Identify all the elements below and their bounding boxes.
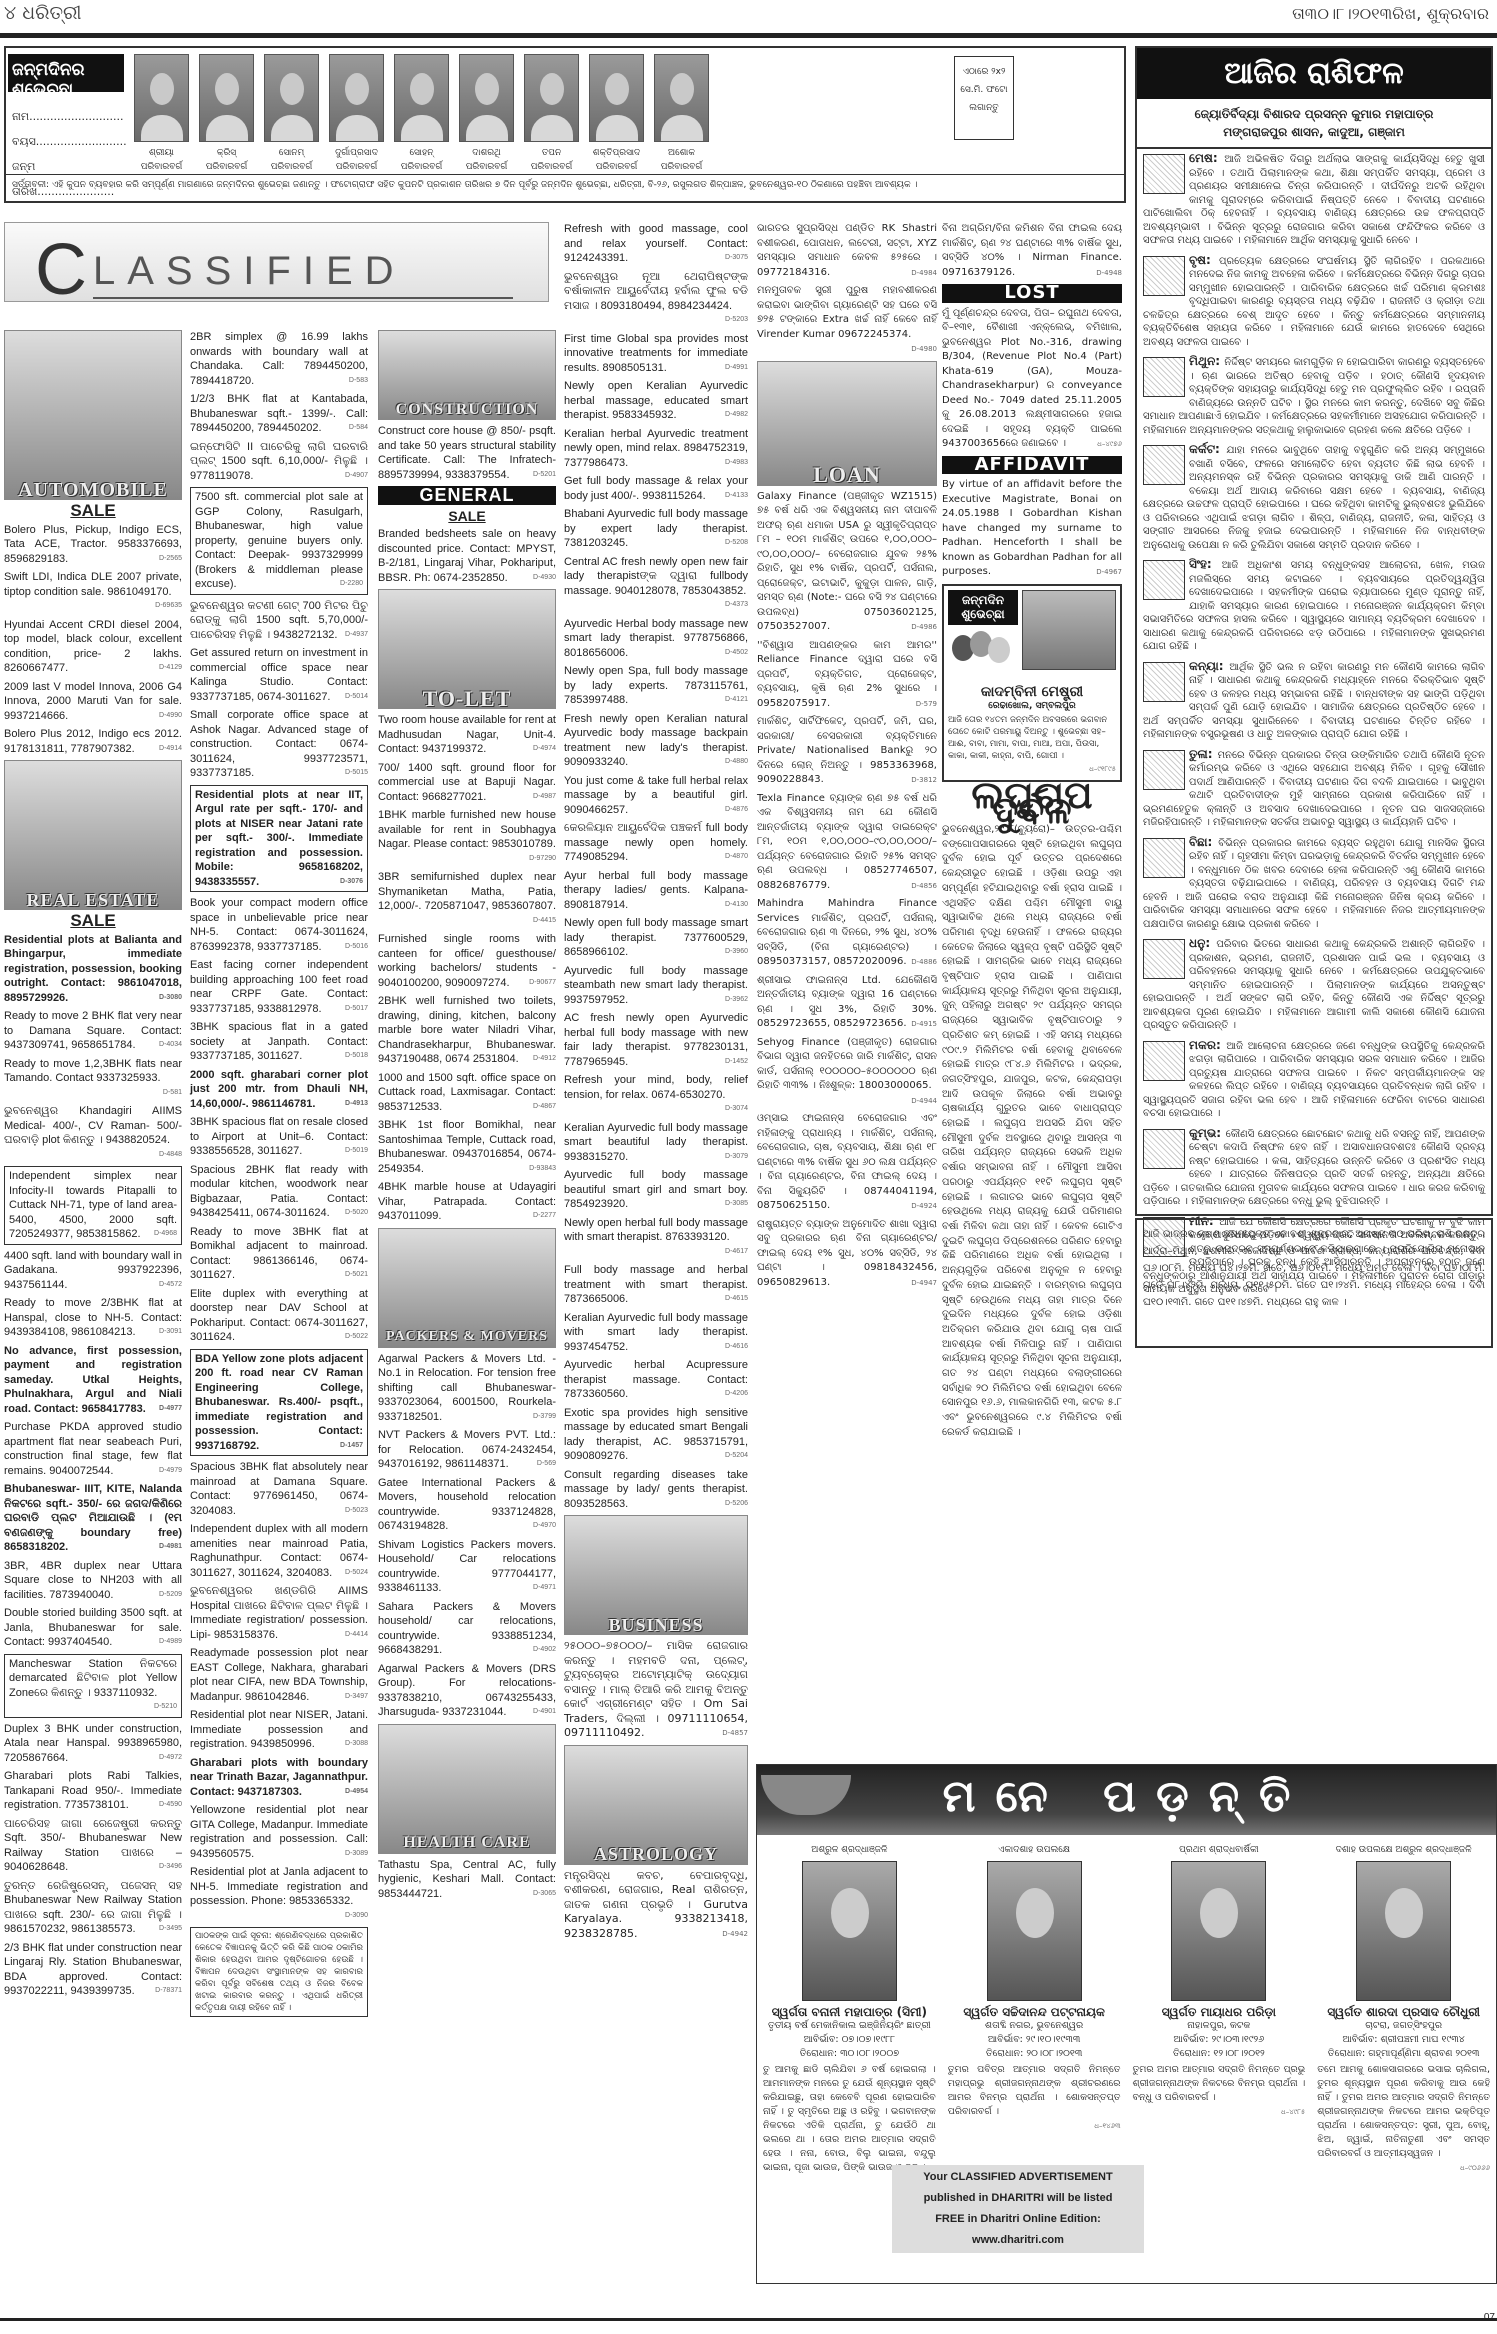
obituary-person: ପ୍ରଥମ ଶ୍ରାଦ୍ଧବାର୍ଷିକୀସ୍ୱର୍ଗତ ମାୟାଧର ପରିଡ… (1127, 1835, 1312, 2193)
ad-code: D-4974 (533, 742, 556, 757)
ad-text: ଭୁବନେଶ୍ୱର କଟଣୀ ଗେଟ୍ 700 ମିଟର ପିଚୁ ରୋଡ୍‌କ… (190, 600, 368, 641)
classified-ad: Small corporate office space at Ashok Na… (190, 708, 368, 781)
ad-code: D-581 (163, 1086, 182, 1101)
wish-message: ଆଜି ତୋର ୧୪ତମ ଜନ୍ମଦିନ ଅବସରରେ ଭଗବାନ ତୋତେ କ… (948, 714, 1116, 762)
ad-text: ଇନ୍‌ଫୋସିଟି II ପାଚେରିକୁ ଲାଗି ଘରବାରି ପ୍ଲଟ୍… (190, 441, 368, 482)
ad-code: D-4971 (533, 1581, 556, 1596)
online-edition-promo: Your CLASSIFIED ADVERTISEMENT published … (892, 2165, 1144, 2253)
ad-text: 3BR, 4BR duplex near Uttara Square close… (4, 1560, 182, 1601)
ad-text: Agarwal Packers & Movers (DRS Group). Fo… (378, 1663, 556, 1719)
photo-placeholder: ଏଠାରେ ୨x୨ ସେ.ମି. ଫଟୋ ଲଗାନ୍ତୁ (954, 56, 1014, 140)
balloons-icon (948, 631, 1018, 681)
ad-code: D-5015 (345, 766, 368, 781)
ad-code: D-4981 (159, 1540, 182, 1555)
ad-text: Yellowzone residential plot near GITA Co… (190, 1804, 368, 1860)
zodiac-sign: କୁମ୍ଭ: କୌଣସି କ୍ଷେତ୍ରରେ ଛୋଟଛୋଟ କଥାକୁ ଧରି … (1137, 1124, 1491, 1212)
zodiac-text: ପରିବାର ଭିତରେ ସାଧାରଣ କଥାକୁ କେନ୍ଦ୍ରକରି ଅଶା… (1143, 939, 1485, 1031)
ad-text: ମନ୍ତ୍ରସିଦ୍ଧ କବଚ, ବେପାରବୃଦ୍ଧି, ବଶୀକରଣ, ରୋ… (564, 1869, 748, 1940)
ad-code: D-4942 (722, 1927, 748, 1942)
child-photo (394, 54, 449, 142)
classified-ad: Ayurvedic Herbal body massage new smart … (564, 617, 748, 661)
ad-code: D-5209 (159, 1588, 182, 1603)
zodiac-text: ଯାହା ମନରେ ଭାବୁଥିବେ ତାହାକୁ ବହୁଗୁଣିତ କରି ଅ… (1143, 445, 1485, 551)
child-first-name: ଶକ୍ତିପ୍ରସାଦ (589, 146, 644, 160)
footer-rule (0, 2318, 1497, 2321)
promo-url-link[interactable]: www.dharitri.com (892, 2230, 1144, 2251)
zodiac-text: କୌଣସି କ୍ଷେତ୍ରରେ ଛୋଟଛୋଟ କଥାକୁ ଧରି ବସନ୍ତୁ … (1143, 1129, 1485, 1208)
child-photo (134, 54, 189, 142)
ad-code: D-4876 (725, 803, 748, 818)
ad-code: D-3960 (725, 945, 748, 960)
ad-text: Duplex 3 BHK under construction, Atala n… (4, 1723, 182, 1764)
classified-ad: ଭୁବନେଶ୍ୱର Khandagiri AIIMS Medical- 400/… (4, 1104, 182, 1162)
classified-ad: Mancheswar Station ନିକଟରେ demarcated ଛିଟ… (4, 1654, 182, 1718)
classified-ad: ମୁଁ ପୂର୍ଣ୍ଣଚନ୍ଦ୍ର ଦେବତା, ପିତା– ରଘୁନାଥ ଦେ… (942, 307, 1122, 452)
ad-text: Newly open herbal full body massage with… (564, 1217, 748, 1244)
classified-ad: Full body massage and herbal treatment w… (564, 1263, 748, 1307)
ad-text: Purchase PKDA approved studio apartment … (4, 1421, 182, 1477)
ad-text: Two room house available for rent at Mad… (378, 714, 556, 755)
ad-code: D-69635 (155, 599, 182, 614)
ad-text: East facing corner independent building … (190, 959, 368, 1015)
classified-ad: Book your compact modern office space in… (190, 896, 368, 954)
child-first-name: ଦାଶରଥି (459, 146, 514, 160)
obituary-persons: ଅଶ୍ରୁଳ ଶ୍ରଦ୍ଧାଞ୍ଜଳିସ୍ୱର୍ଗତା ବନାନୀ ମହାପାତ… (757, 1835, 1496, 2193)
ad-code: D-4617 (725, 1245, 748, 1260)
ad-code: D-5016 (345, 940, 368, 955)
child-family: ପରିବାରବର୍ଗ (654, 160, 709, 174)
zodiac-name: ତୁଳା: (1189, 747, 1218, 761)
horoscope-title: ଆଜିର ରାଶିଫଳ (1137, 48, 1491, 99)
child-family: ପରିବାରବର୍ଗ (524, 160, 579, 174)
ad-text: Gharabari plots Rabi Talkies, Tankapani … (4, 1770, 182, 1811)
obituary-photo (1356, 1861, 1451, 2001)
business-ads: ୨୫୦୦୦–୭୫୦୦୦/– ମାସିକ ରୋଜଗାର କରନ୍ତୁ । ମହମବ… (564, 1639, 748, 1741)
classified-ad: 3BR, 4BR duplex near Uttara Square close… (4, 1559, 182, 1603)
to-let-label: TO-LET (379, 692, 555, 707)
ad-text: Keralian Ayurvedic full body massage sma… (564, 1122, 748, 1163)
ad-text: Elite duplex with everything at doorstep… (190, 1288, 368, 1344)
classified-ad: Texla Finance ବ୍ୟାଙ୍କ ଋଣ ୭୫ ବର୍ଷ ଧରି ଏକ … (757, 792, 937, 894)
birthday-coupon: ଜନ୍ମଦିନର ଶୁଭେଚ୍ଛା ନାମ...................… (4, 46, 1126, 203)
zodiac-name: କର୍କଟ: (1189, 442, 1226, 456)
ad-text: No advance, first possession, payment an… (4, 1345, 182, 1415)
ad-code: D-4989 (159, 1635, 182, 1650)
child-name: ସୋହନ୍ପରିବାରବର୍ଗ (394, 146, 449, 174)
ad-code: D-4944 (911, 1094, 937, 1109)
classified-ad: Residential plots at Balianta and Bhinga… (4, 933, 182, 1006)
ad-code: D-4590 (159, 1798, 182, 1813)
classified-ad: 1000 and 1500 sqft. office space on Cutt… (378, 1071, 556, 1115)
ad-code: ଧ–୪୯୭୬ (1097, 437, 1122, 452)
child-family: ପରିବାରବର୍ଗ (394, 160, 449, 174)
ad-code: D-584 (349, 421, 368, 436)
classified-ad: 700/ 1400 sqft. ground floor for commerc… (378, 761, 556, 805)
obituary-occasion: ଏକାଦଶାହ ଉପଲକ୍ଷେ (948, 1843, 1121, 1857)
obituary-name: ସ୍ୱର୍ଗତ ଶାରଦା ପ୍ରସାଦ ଚୌଧୁରୀ (1317, 2005, 1490, 2019)
classified-ad: 3BHK 1st floor Bomikhal, near Santoshima… (378, 1118, 556, 1176)
zodiac-sign: ମିଥୁନ: ନିର୍ଦ୍ଦିଷ୍ଟ ସମୟରେ କାମଗୁଡ଼ିକ ନ ହୋଇ… (1137, 352, 1491, 440)
zodiac-name: ବୃଷ: (1189, 253, 1219, 267)
ad-text: Texla Finance ବ୍ୟାଙ୍କ ଋଣ ୭୫ ବର୍ଷ ଧରି ଏକ … (757, 793, 937, 891)
zodiac-name: ମକର: (1189, 1038, 1226, 1052)
obituary-person: ଦଶାହ ଉପଲକ୍ଷେ ଅଶ୍ରୁଳ ଶ୍ରଦ୍ଧାଞ୍ଜଳିସ୍ୱର୍ଗତ … (1311, 1835, 1496, 2193)
classified-ad: 2000 sqft. gharabari corner plot just 20… (190, 1068, 368, 1112)
ad-text: Swift LDI, Indica DLE 2007 private, tipt… (4, 571, 182, 598)
ad-code: D-4907 (345, 469, 368, 484)
obituary-person: ଏକାଦଶାହ ଉପଲକ୍ଷେସ୍ୱର୍ଗତ ସଚ୍ଚିଦାନନ୍ଦ ପଟ୍ଟନ… (942, 1835, 1127, 2193)
ad-code: D-3091 (159, 1325, 182, 1340)
zodiac-sign: କର୍କଟ: ଯାହା ମନରେ ଭାବୁଥିବେ ତାହାକୁ ବହୁଗୁଣି… (1137, 440, 1491, 555)
obituary-occasion: ଅଶ୍ରୁଳ ଶ୍ରଦ୍ଧାଞ୍ଜଳି (763, 1843, 936, 1857)
page-number: 07 (1484, 2312, 1495, 2323)
ad-text: Residential plots at Balianta and Bhinga… (4, 934, 182, 1004)
ad-text: First time Global spa provides most inno… (564, 333, 748, 374)
ad-text: Gharabari plots with boundary near Trina… (190, 1757, 368, 1798)
ad-code: D-4206 (725, 1387, 748, 1402)
ad-text: Fresh newly open Keralian natural Ayurve… (564, 713, 748, 769)
child-name: ଅଶୋକପରିବାରବର୍ଗ (654, 146, 709, 174)
classified-ad: Bolero Plus 2012, Indigo ecs 2012. 91781… (4, 727, 182, 756)
classified-ad: Double storied building 3500 sqft. at Ja… (4, 1606, 182, 1650)
child-family: ପରିବାରବର୍ଗ (264, 160, 319, 174)
classified-ad: Ready to move 3BHK flat at Bomikhal adja… (190, 1225, 368, 1283)
classified-ad: Residential plot near NISER, Jatani. Imm… (190, 1708, 368, 1752)
automobile-ads: Bolero Plus, Pickup, Indigo ECS, Tata AC… (4, 523, 182, 757)
astrology-label: ASTROLOGY (565, 1847, 747, 1862)
ad-code: D-5201 (533, 468, 556, 483)
classified-ad: Galaxy Finance (ପଞ୍ଜୀକୃତ WZ1515) ୭୫ ବର୍ଷ… (757, 490, 937, 635)
zodiac-text: ଆର୍ଥିକ ସ୍ଥିତି ଭଲ ନ ରହିବା କାରଣରୁ ମନ କୌଣସି… (1143, 662, 1485, 741)
page-header: ୪ ଧରିତ୍ରୀ ତା୩୦।୮।୨୦୧୩ରିଖ, ଶୁକ୍ରବାର (0, 0, 1497, 40)
child-first-name: ଦୁର୍ଗାପ୍ରସାଦ (329, 146, 384, 160)
child-name: କ୍ରିସ୍ପରିବାରବର୍ଗ (199, 146, 254, 174)
news-headline: ଲଘୁଚାପ ଦୁର୍ବଳ (942, 788, 1122, 817)
obituary-text: ତୁ ଆମକୁ ଛାଡି ଚାଲିଯିବା ୬ ବର୍ଷ ହୋଇଗଲା । ଆମ… (763, 2063, 936, 2175)
zodiac-icon (1143, 1129, 1185, 1169)
ad-text: Book your compact modern office space in… (190, 897, 368, 953)
classified-ad: Tathastu Spa, Central AC, fully hygienic… (378, 1858, 556, 1902)
obituary-died: ତିରୋଧାନ: ଗହ୍ମାପୂର୍ଣ୍ଣିମା ଶ୍ରାବଣ ୨୦୧୩ (1317, 2047, 1490, 2061)
zodiac-sign: ବିଛା: ବିଭିନ୍ନ ପ୍ରକାରର କାମରେ ବ୍ୟସ୍ତ ରହୁଥି… (1137, 833, 1491, 935)
real-estate-image: REAL ESTATE (4, 760, 182, 910)
classified-ad: No advance, first possession, payment an… (4, 1344, 182, 1417)
obituary-photo (802, 1861, 897, 2001)
ad-code: D-3074 (725, 1102, 748, 1117)
zodiac-text: ମନରେ ବିଭିନ୍ନ ପ୍ରକାରର ଚିନ୍ତା ଉଙ୍କିମାରିବ ତ… (1143, 750, 1485, 829)
ad-text: 3BR semifurnished duplex near Shymaniket… (378, 871, 556, 912)
ad-code: D-4414 (345, 1628, 368, 1643)
massage-ads: Refresh with good massage, cool and rela… (564, 222, 748, 1511)
classified-ad: Ready to move 1,2,3BHK flats near Tamand… (4, 1057, 182, 1101)
finance-ad: ବିନା ଅଗ୍ରିମ/ବିନା କମିଶନ ବିନା ଫାଇଲ ଦେୟ ମାର… (942, 222, 1122, 280)
zodiac-name: ମିଥୁନ: (1189, 354, 1224, 368)
astro-finance-ads: ଭାରତର ସୁପ୍ରସିଦ୍ଧ ପଣ୍ଡିତ RK Shastri ବଶୀକର… (757, 222, 937, 357)
classified-ad: Get full body massage & relax your body … (564, 474, 748, 503)
ad-code: D-3496 (159, 1860, 182, 1875)
ad-text: BDA Yellow zone plots adjacent 200 ft. r… (195, 1353, 363, 1452)
ad-text: Hyundai Accent CRDI diesel 2004, top mod… (4, 619, 182, 675)
ad-code: D-2277 (533, 1209, 556, 1224)
affidavit-heading: AFFIDAVIT (942, 456, 1122, 475)
classified-ad: Independent simplex near Infocity-II tow… (4, 1166, 182, 1245)
ad-code: D-4984 (911, 266, 937, 281)
general-ads: Branded bedsheets sale on heavy discount… (378, 527, 556, 585)
classified-ad: Ayurvedic herbal Acupressure therapist m… (564, 1358, 748, 1402)
ad-text: Mahindra Mahindra Finance Services ମାର୍କ… (757, 898, 937, 967)
ad-text: ତୁରନ୍ତ ରେଜିଷ୍ଟ୍ରେସନ୍, ପଜେସନ୍ ସହ Bhubanes… (4, 1880, 182, 1936)
ad-code: D-569 (537, 1457, 556, 1472)
ad-code: D-5014 (345, 690, 368, 705)
zodiac-icon (1143, 939, 1185, 979)
classified-ad: Hyundai Accent CRDI diesel 2004, top mod… (4, 618, 182, 676)
ad-code: D-3090 (345, 1909, 368, 1924)
classified-ad: 2/3 BHK flat under construction near Lin… (4, 1941, 182, 1999)
classified-ad: Ready to move 2 BHK flat very near to Da… (4, 1009, 182, 1053)
classified-ad: Sahara Packers & Movers household/ car r… (378, 1600, 556, 1658)
ad-text: Refresh with good massage, cool and rela… (564, 223, 748, 264)
ad-text: Residential plot at Janla adjacent to NH… (190, 1866, 368, 1907)
ad-text: Get full body massage & relax your body … (564, 475, 748, 502)
ad-text: Bolero Plus, Pickup, Indigo ECS, Tata AC… (4, 524, 182, 565)
ad-code: D-4616 (725, 1340, 748, 1355)
ad-code: D-78371 (155, 1984, 182, 1999)
classified-ad: Gatee International Packers & Movers, ho… (378, 1476, 556, 1534)
ad-text: ଭୁବନେଶ୍ୱର ନୂଆ ଥେରାପିଷ୍ଟଙ୍କ ବର୍ଷାକାଳୀନ ଆୟ… (564, 271, 748, 312)
birthday-child: ତପନପରିବାରବର୍ଗ (524, 54, 579, 174)
ad-text: 4400 sqft. land with boundary wall in Ga… (4, 1250, 182, 1291)
obituary-died: ତିରୋଧାନ: ୧୨।୦୮।୨୦୧୨ (1133, 2047, 1306, 2061)
classified-ad: ଓମ୍‌ସାଇ ଫାଇନାନ୍ସ ବେରୋଜଗାର ଏବଂ ମହିଳାଙ୍କୁ … (757, 1112, 937, 1214)
oil-lamp-icon (761, 1775, 851, 1815)
ad-code: D-4980 (911, 342, 937, 357)
classified-ad: 3BHK spacious flat on resale closed to A… (190, 1115, 368, 1159)
classified-ad: Bolero Plus, Pickup, Indigo ECS, Tata AC… (4, 523, 182, 567)
classified-ad: 4400 sqft. land with boundary wall in Ga… (4, 1249, 182, 1293)
ad-text: Ready to move 1,2,3BHK flats near Tamand… (4, 1058, 182, 1085)
ad-code: D-2565 (159, 552, 182, 567)
promo-line-2: published in DHARITRI will be listed (892, 2188, 1144, 2209)
classified-ad: Readymade possession plot near EAST Coll… (190, 1646, 368, 1704)
construction-image: CONSTRUCTION (378, 330, 556, 420)
classified-ad: Bhubaneswar- IIIT, KITE, Nalanda ନିକଟରେ … (4, 1482, 182, 1555)
health-care-image: HEALTH CARE (378, 1724, 556, 1854)
ad-code: D-5210 (154, 1700, 177, 1715)
ad-code: D-3962 (725, 993, 748, 1008)
ad-text: ୨୫୦୦୦–୭୫୦୦୦/– ମାସିକ ରୋଜଗାର କରନ୍ତୁ । ମହମବ… (564, 1639, 748, 1739)
news-body: ଭୁବନେଶ୍ୱର,୨୯।୮(ବ୍ୟୁରୋ)– ଉତ୍ତର-ପଶ୍ଚିମ ବଙ୍… (942, 823, 1122, 1441)
ad-code: D-97290 (529, 852, 556, 867)
ad-code: D-4502 (725, 646, 748, 661)
ad-text: 1/2/3 BHK flat at Kantabada, Bhubaneswar… (190, 393, 368, 434)
classified-ad: Spacious 3BHK flat absolutely near mainr… (190, 1460, 368, 1518)
classified-ad: Gharabari plots with boundary near Trina… (190, 1756, 368, 1800)
loan-image: LOAN (757, 361, 937, 486)
ad-code: D-5021 (345, 1268, 368, 1283)
classified-ad: NVT Packers & Movers PVT. Ltd.: for Relo… (378, 1428, 556, 1472)
child-first-name: କ୍ରିସ୍ (199, 146, 254, 160)
classified-ad: ମନ୍ତ୍ରସିଦ୍ଧ କବଚ, ବେପାରବୃଦ୍ଧି, ବଶୀକରଣ, ରୋ… (564, 1869, 748, 1942)
panchang: ଆଜି ଭାଦ୍ରବ କୃଷ୍ଣ ଦଶମୀଯୁକ୍ତ ଏକାଦଶୀ ଶୁକ୍ରବ… (1135, 1218, 1493, 1348)
birthday-child: ସୋନମ୍ପରିବାରବର୍ଗ (264, 54, 319, 174)
ad-code: D-4880 (725, 755, 748, 770)
classified-ad: Branded bedsheets sale on heavy discount… (378, 527, 556, 585)
lost-ads: ମୁଁ ପୂର୍ଣ୍ଣଚନ୍ଦ୍ର ଦେବତା, ପିତା– ରଘୁନାଥ ଦେ… (942, 307, 1122, 452)
wish-name: କାଦମ୍ବିନୀ ମେଷ୍ଟ୍ରୀ (948, 685, 1116, 700)
obituary-section: ମନେ ପଡ଼ନ୍ତି ଅଶ୍ରୁଳ ଶ୍ରଦ୍ଧାଞ୍ଜଳିସ୍ୱର୍ଗତା … (756, 1764, 1497, 2284)
obituary-name: ସ୍ୱର୍ଗତ ସଚ୍ଚିଦାନନ୍ଦ ପଟ୍ଟନାୟକ (948, 2005, 1121, 2019)
child-first-name: ସୋହନ୍ (394, 146, 449, 160)
classified-ad: Residential plot at Janla adjacent to NH… (190, 1865, 368, 1923)
ad-text: ଓମ୍‌ସାଇ ଫାଇନାନ୍ସ ବେରୋଜଗାର ଏବଂ ମହିଳାଙ୍କୁ … (757, 1113, 937, 1211)
ad-text: Ready to move 2 BHK flat very near to Da… (4, 1010, 182, 1051)
ad-code: D-3080 (159, 991, 182, 1006)
reader-notice: ପାଠକଙ୍କ ପାଇଁ ସୂଚନା: ଶ୍ରେଣିବଦ୍ଧରେ ପ୍ରକାଶି… (190, 1927, 368, 2017)
ad-code: D-1452 (725, 1055, 748, 1070)
classified-ad: ଭାରତର ସୁପ୍ରସିଦ୍ଧ ପଣ୍ଡିତ RK Shastri ବଶୀକର… (757, 222, 937, 280)
ad-code: D-4857 (722, 1726, 748, 1741)
obituary-text: ତୁମର ପବିତ୍ର ଆତ୍ମାର ସଦ୍‌ଗତି ନିମନ୍ତେ ମହାପ୍… (948, 2063, 1121, 2119)
ad-text: Double storied building 3500 sqft. at Ja… (4, 1607, 182, 1648)
ad-code: D-5203 (725, 313, 748, 328)
classified-ad: Ayurvedic full body massage steambath ne… (564, 964, 748, 1008)
column-property: 2BR simplex @ 16.99 lakhs onwards with b… (190, 330, 368, 2021)
child-photo (589, 54, 644, 142)
ad-code: D-4914 (159, 742, 182, 757)
classified-ad: Mahindra Mahindra Finance Services ମାର୍କ… (757, 897, 937, 970)
ad-text: Ayur herbal full body massage therapy la… (564, 870, 748, 911)
classified-ad: Spacious 2BHK flat ready with modular ki… (190, 1163, 368, 1221)
classified-ad: କେରଳିୟାନ ଆୟୁର୍ବେଦିକ ପଞ୍ଚକର୍ମ full body m… (564, 821, 748, 865)
classified-ad: Fresh newly open Keralian natural Ayurve… (564, 712, 748, 770)
classified-ad: Swift LDI, Indica DLE 2007 private, tipt… (4, 570, 182, 614)
classified-ad: ପାଚେରିସହ ଜାଗା ରେଜେଷ୍ଟ୍ରୀ କରନ୍ତୁ Sqft. 35… (4, 1817, 182, 1875)
child-first-name: ତପନ (524, 146, 579, 160)
ad-code: D-5206 (725, 1497, 748, 1512)
ad-code: D-3075 (725, 251, 748, 266)
ad-code: D-4986 (911, 620, 937, 635)
child-family: ପରିବାରବର୍ଗ (134, 160, 189, 174)
ad-code: D-5018 (345, 1049, 368, 1064)
child-photo (654, 54, 709, 142)
ad-code: D-4867 (533, 1100, 556, 1115)
banner-underline (93, 297, 513, 299)
child-family: ପରିବାରବର୍ଗ (199, 160, 254, 174)
classified-ad: Construct core house @ 850/- psqft. and … (378, 424, 556, 482)
ad-text: Central AC fresh newly open new fair lad… (564, 556, 748, 597)
classified-ad: ରାଷ୍ଟ୍ରାୟତ୍ତ ବ୍ୟାଙ୍କ ଅନୁମୋଦିତ ଶାଖା ଦ୍ୱାର… (757, 1218, 937, 1291)
zodiac-text: ନିର୍ଦ୍ଦିଷ୍ଟ ସମୟରେ କାମଗୁଡ଼ିକ ନ ହୋଇପାରିବା … (1143, 357, 1485, 436)
obituary-photo (1171, 1861, 1266, 2001)
wish-photo (1022, 590, 1116, 670)
ad-text: Ayurvedic full body massage steambath ne… (564, 965, 748, 1006)
obituary-place: ନାହାଳପୁର, କଟକ (1133, 2019, 1306, 2033)
packers-label: PACKERS & MOVERS (379, 1330, 555, 1345)
astrology-ads: ମନ୍ତ୍ରସିଦ୍ଧ କବଚ, ବେପାରବୃଦ୍ଧି, ବଶୀକରଣ, ରୋ… (564, 1869, 748, 1942)
classified-ad: ଭୁବନେଶ୍ୱର କଟଣୀ ଗେଟ୍ 700 ମିଟର ପିଚୁ ରୋଡ୍‌କ… (190, 599, 368, 643)
classified-ad: ଭୁବନେଶ୍ୱର ନୂଆ ଥେରାପିଷ୍ଟଙ୍କ ବର୍ଷାକାଳୀନ ଆୟ… (564, 270, 748, 328)
ad-code: D-4947 (911, 1276, 937, 1291)
obituary-died: ତିରୋଧାନ: ୩୦।୦୮।୨୦୦୭ (763, 2047, 936, 2061)
birthday-photos: ଶ୍ରୀୟାପରିବାରବର୍ଗକ୍ରିସ୍ପରିବାରବର୍ଗସୋନମ୍ପରି… (134, 54, 709, 174)
obituary-place: ଚାଟରା, ଜଗତ୍‌ସିଂହପୁର (1317, 2019, 1490, 2033)
child-family: ପରିବାରବର୍ଗ (329, 160, 384, 174)
ad-code: D-4937 (345, 628, 368, 643)
ad-text: Refresh your mind, body, relief tension,… (564, 1074, 748, 1101)
classified-ad: You just come & take full herbal relax m… (564, 774, 748, 818)
ad-text: ମାର୍କଶିଟ୍, ସାର୍ଟିଫିକେଟ୍, ପ୍ରପର୍ଟି, ଜମି, … (757, 716, 937, 785)
ad-code: D-3497 (345, 1690, 368, 1705)
ad-text: 700/ 1400 sqft. ground floor for commerc… (378, 762, 556, 803)
zodiac-sign: ମକର: ଆଜି ଆଲୋଚନା କ୍ଷେତ୍ରରେ ଜଣେ ବନ୍ଧୁଙ୍କ ଉ… (1137, 1036, 1491, 1124)
obituary-code: ଧ–୯୦୬୬୬ (1460, 2161, 1490, 2175)
child-name: ଶ୍ରୀୟାପରିବାରବର୍ଗ (134, 146, 189, 174)
classified-ad: Refresh your mind, body, relief tension,… (564, 1073, 748, 1117)
zodiac-name: ମେଷ: (1189, 151, 1224, 165)
ad-text: Newly open Keralian Ayurvedic herbal mas… (564, 380, 748, 421)
ad-text: 2009 last V model Innova, 2006 G4 Innova… (4, 681, 182, 722)
child-name: ଦାଶରଥିପରିବାରବର୍ଗ (459, 146, 514, 174)
classified-ad: 1/2/3 BHK flat at Kantabada, Bhubaneswar… (190, 392, 368, 436)
ad-code: D-583 (349, 374, 368, 389)
classified-ad: Independent duplex with all modern ameni… (190, 1522, 368, 1580)
horoscope-section: ଆଜିର ରାଶିଫଳ ଜ୍ୟୋତିର୍ବିଦ୍ୟା ବିଶାରଦ ପ୍ରସନ୍… (1135, 46, 1493, 1216)
ad-code: D-4970 (533, 1519, 556, 1534)
ad-text: Newly open full body massage smart lady … (564, 917, 748, 958)
form-name-field: ନାମ........................... (12, 104, 124, 129)
classified-ad: Shivam Logistics Packers movers. Househo… (378, 1538, 556, 1596)
classified-ad: 3BR semifurnished duplex near Shymaniket… (378, 870, 556, 928)
classified-ad: ମନମୁତାବକ ସ୍ତ୍ରୀ ପୁରୁଷ ମହାବଶୀକରଣ କରାଇବା ଭ… (757, 284, 937, 357)
ad-code: D-4967 (1096, 565, 1122, 580)
ad-code: D-5023 (345, 1504, 368, 1519)
ad-text: ରାଷ୍ଟ୍ରାୟତ୍ତ ବ୍ୟାଙ୍କ ଅନୁମୋଦିତ ଶାଖା ଦ୍ୱାର… (757, 1219, 937, 1288)
child-family: ପରିବାରବର୍ଗ (589, 160, 644, 174)
obituary-born: ଆବିର୍ଭାବ: ୨୯।୧୦।୧୯୩୩ (948, 2033, 1121, 2047)
obituary-place: ତୃତୀୟ ବର୍ଷ ମେକାନିକାଲ ଇଞ୍ଜିନିୟରିଂ ଛାତ୍ରୀ (763, 2019, 936, 2033)
ad-code: D-5024 (345, 1566, 368, 1581)
construction-label: CONSTRUCTION (379, 403, 555, 418)
ad-text: Readymade possession plot near EAST Coll… (190, 1647, 368, 1703)
classified-ad: Elite duplex with everything at doorstep… (190, 1287, 368, 1345)
classified-ad: Purchase PKDA approved studio apartment … (4, 1420, 182, 1478)
classified-ad: Newly open Keralian Ayurvedic herbal mas… (564, 379, 748, 423)
classified-ad: Ready to move 2/3BHK flat at Hanspal, cl… (4, 1296, 182, 1340)
promo-line-3: FREE in Dharitri Online Edition: (892, 2209, 1144, 2230)
ad-text: Shivam Logistics Packers movers. Househo… (378, 1539, 556, 1595)
zodiac-name: ଧନୁ: (1189, 936, 1216, 950)
wish-place: ରେଢାଖୋଲ, ସମ୍ବଲପୁର (948, 699, 1116, 714)
ad-code: D-4924 (911, 1199, 937, 1214)
birthday-wish-box: ଜନ୍ମଦିନ ଶୁଭେଚ୍ଛା କାଦମ୍ବିନୀ ମେଷ୍ଟ୍ରୀ ରେଢା… (942, 584, 1122, 783)
ad-code: D-4912 (533, 1052, 556, 1067)
classified-ad: Agarwal Packers & Movers Ltd. - No.1 in … (378, 1352, 556, 1425)
birthday-child: ଦୁର୍ଗାପ୍ରସାଦପରିବାରବର୍ଗ (329, 54, 384, 174)
classified-ad: Keralian Ayurvedic full body massage wit… (564, 1311, 748, 1355)
obituary-occasion: ପ୍ରଥମ ଶ୍ରାଦ୍ଧବାର୍ଷିକୀ (1133, 1843, 1306, 1857)
property-ads: 2BR simplex @ 16.99 lakhs onwards with b… (190, 330, 368, 1923)
author-address: ମଙ୍ଗରାଜପୁର ଶାସନ, କାଦୁଆ, ଗଞ୍ଜାମ (1137, 123, 1491, 141)
zodiac-text: ପ୍ରତ୍ୟେକ କ୍ଷେତ୍ରରେ ସଂଘର୍ଷମୟ ସ୍ଥିତି ଲାଗିର… (1143, 256, 1485, 348)
classified-ad: Duplex 3 BHK under construction, Atala n… (4, 1722, 182, 1766)
classified-ad: Ayurvedic full body massage beautiful sm… (564, 1168, 748, 1212)
classified-ad: Keralian herbal Ayurvedic treatment newl… (564, 427, 748, 471)
classified-ad: Newly open full body massage smart lady … (564, 916, 748, 960)
ad-text: କେରଳିୟାନ ଆୟୁର୍ବେଦିକ ପଞ୍ଚକର୍ମ full body m… (564, 822, 748, 863)
sale-heading-3: SALE (378, 509, 556, 524)
ad-code: D-5020 (345, 1206, 368, 1221)
ad-text: You just come & take full herbal relax m… (564, 775, 748, 816)
